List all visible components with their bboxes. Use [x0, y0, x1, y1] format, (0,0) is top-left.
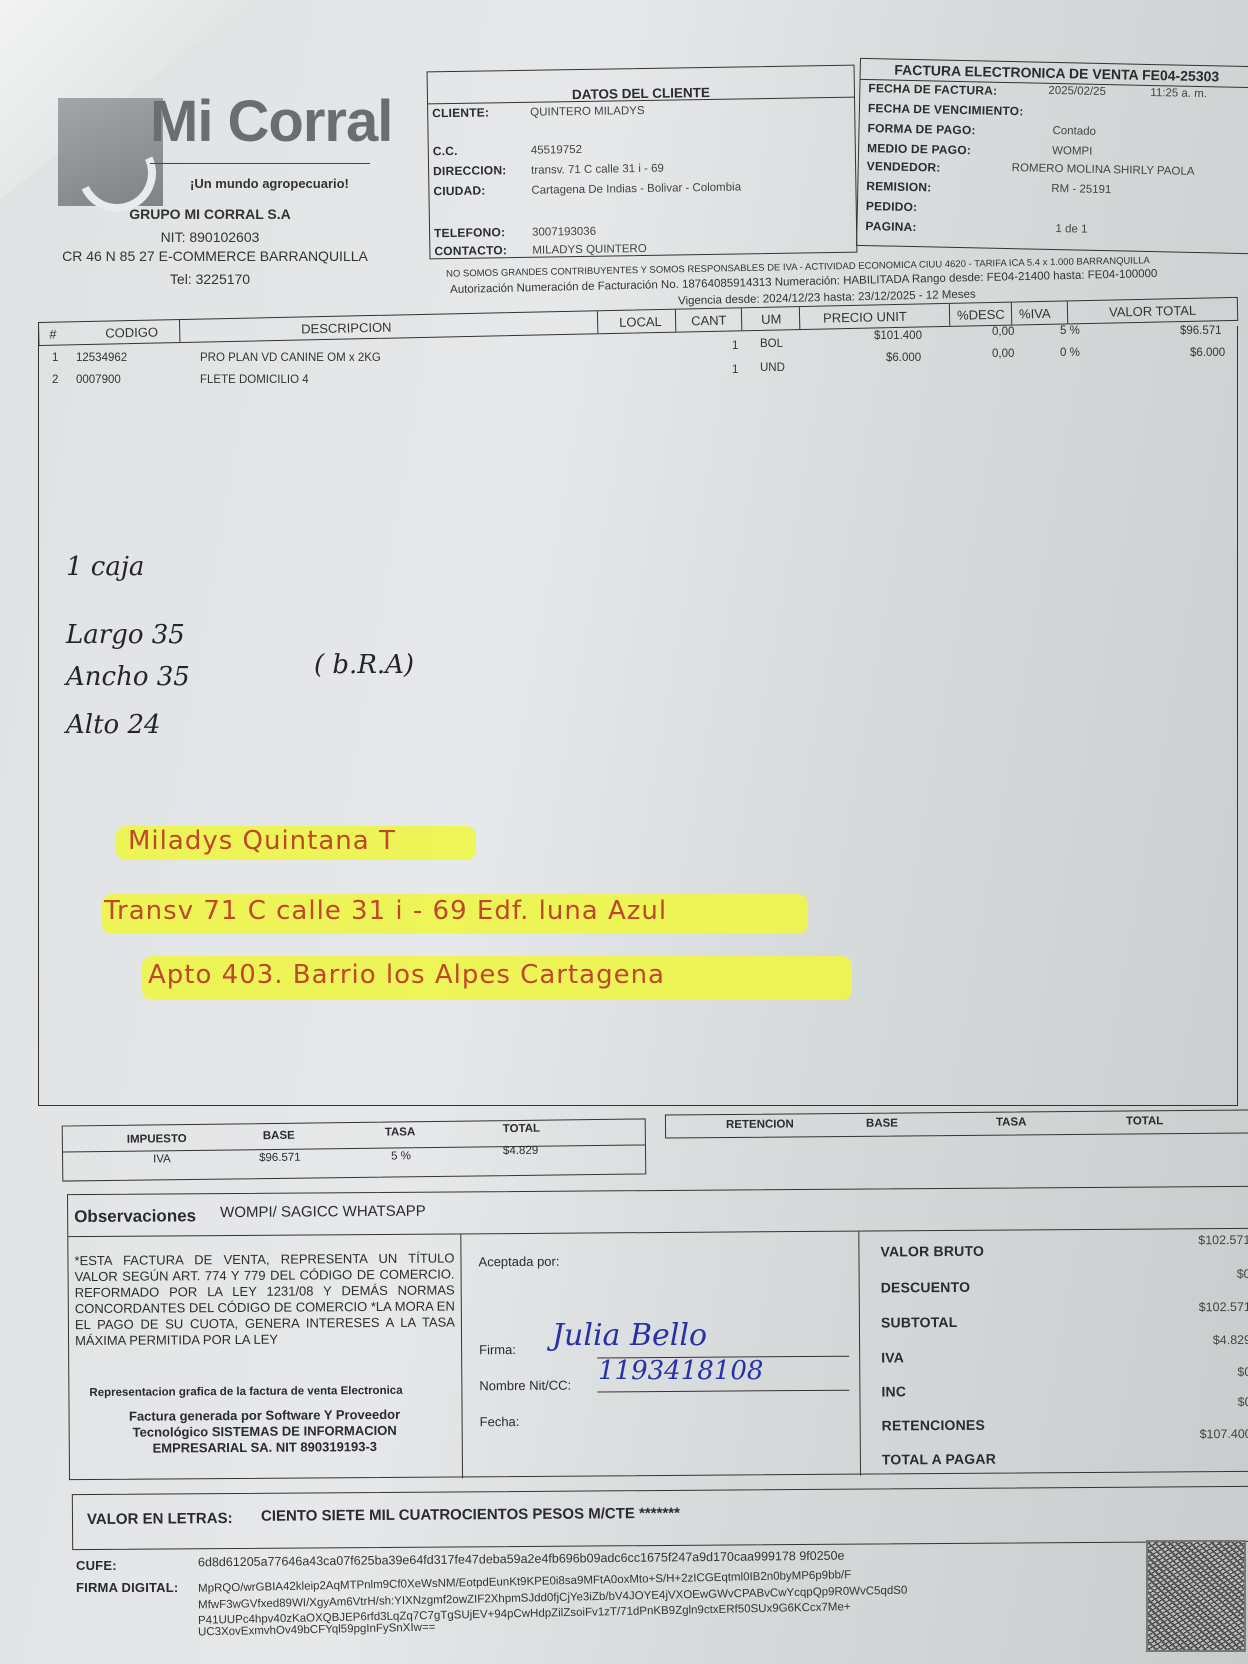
- client-section-title: DATOS DEL CLIENTE: [428, 66, 854, 105]
- company-nit: NIT: 890102603: [50, 229, 370, 245]
- handwritten-cbra: ( b.R.A): [314, 650, 414, 680]
- invoice-field-vencimiento: FECHA DE VENCIMIENTO:: [868, 101, 1024, 118]
- total-subtotal: SUBTOTAL$102.571: [881, 1312, 1248, 1333]
- total-a-pagar: TOTAL A PAGAR$107.400: [882, 1449, 1248, 1470]
- handwritten-ancho: Ancho 35: [66, 662, 190, 692]
- invoice-field-forma-pago: FORMA DE PAGO:Contado: [867, 121, 975, 137]
- company-logo-text: Mi Corral: [150, 88, 392, 155]
- col-separator: [675, 310, 676, 332]
- observations-label: Observaciones: [74, 1206, 196, 1227]
- accepted-by-label: Aceptada por:: [478, 1254, 559, 1270]
- column-separator: [460, 1234, 463, 1478]
- company-logo-icon: [58, 98, 163, 206]
- cufe-value: 6d8d61205a77646a43ca07f625ba39e64fd317fe…: [198, 1549, 845, 1570]
- company-tel: Tel: 3225170: [50, 271, 370, 287]
- name-id-label: Nombre Nit/CC:: [479, 1378, 571, 1394]
- invoice-field-pagina: PAGINA:1 de 1: [865, 219, 916, 234]
- col-header-descripcion: DESCRIPCION: [301, 320, 392, 337]
- col-header-precio: PRECIO UNIT: [823, 309, 907, 326]
- client-data-box: DATOS DEL CLIENTE CLIENTE:QUINTERO MILAD…: [427, 65, 858, 260]
- invoice-field-remision: REMISION:RM - 25191: [866, 179, 931, 194]
- column-separator: [858, 1232, 861, 1476]
- tax-table: IMPUESTO BASE TASA TOTAL IVA $96.571 5 %…: [62, 1118, 647, 1181]
- company-address: CR 46 N 85 27 E-COMMERCE BARRANQUILLA: [40, 248, 390, 264]
- signature-label: Firma:: [479, 1342, 516, 1357]
- observations-header: Observaciones WOMPI/ SAGICC WHATSAPP: [68, 1187, 1248, 1237]
- col-separator: [179, 320, 180, 342]
- company-name: GRUPO MI CORRAL S.A: [50, 206, 370, 222]
- handwritten-address-line-2: Apto 403. Barrio los Alpes Cartagena: [148, 960, 665, 990]
- client-field-contacto: CONTACTO:MILADYS QUINTERO: [434, 239, 647, 260]
- client-field-direccion: DIRECCION:transv. 71 C calle 31 i - 69: [433, 159, 664, 181]
- name-id-line: [597, 1390, 849, 1393]
- col-separator: [597, 311, 598, 333]
- invoice-info-box: FACTURA ELECTRONICA DE VENTA FE04-25303 …: [856, 58, 1248, 254]
- invoice-field-medio-pago: MEDIO DE PAGO:WOMPI: [867, 141, 971, 157]
- client-field-ciudad: CIUDAD:Cartagena De Indias - Bolivar - C…: [433, 177, 741, 200]
- col-separator: [799, 307, 800, 329]
- total-retenciones: RETENCIONES$0: [882, 1415, 1248, 1436]
- col-header-um: UM: [761, 311, 782, 326]
- electronic-representation-note: Representacion grafica de la factura de …: [89, 1385, 402, 1399]
- retention-table: RETENCION BASE TASA TOTAL: [665, 1109, 1248, 1138]
- amount-in-words-value: CIENTO SIETE MIL CUATROCIENTOS PESOS M/C…: [261, 1505, 680, 1525]
- amount-in-words-box: VALOR EN LETRAS: CIENTO SIETE MIL CUATRO…: [72, 1486, 1248, 1550]
- observations-value: WOMPI/ SAGICC WHATSAPP: [220, 1203, 426, 1221]
- client-field-cc: C.C.45519752: [433, 140, 582, 160]
- col-header-num: #: [49, 327, 57, 342]
- software-provider-note: Factura generada por Software Y Proveedo…: [90, 1407, 440, 1457]
- total-descuento: DESCUENTO$0: [881, 1277, 1248, 1298]
- invoice-field-pedido: PEDIDO:: [866, 199, 918, 214]
- total-inc: INC$0: [881, 1381, 1248, 1402]
- client-field-cliente: CLIENTE:QUINTERO MILADYS: [432, 101, 645, 122]
- col-header-iva: %IVA: [1019, 306, 1051, 322]
- invoice-field-vendedor: VENDEDOR:ROMERO MOLINA SHIRLY PAOLA: [867, 159, 941, 175]
- company-tagline: ¡Un mundo agropecuario!: [190, 176, 349, 191]
- col-header-codigo: CODIGO: [105, 324, 158, 340]
- col-header-total: VALOR TOTAL: [1109, 303, 1196, 320]
- col-header-desc: %DESC: [957, 307, 1005, 323]
- handwritten-signature: Julia Bello: [552, 1318, 707, 1353]
- col-separator: [1067, 301, 1068, 323]
- cufe-label: CUFE:: [76, 1558, 117, 1573]
- col-separator: [1011, 303, 1012, 325]
- handwritten-box-note: 1 caja: [66, 552, 144, 582]
- handwritten-alto: Alto 24: [66, 710, 161, 740]
- total-iva: IVA$4.829: [881, 1347, 1248, 1368]
- date-label: Fecha:: [480, 1414, 520, 1429]
- handwritten-address-line-1: Transv 71 C calle 31 i - 69 Edf. luna Az…: [104, 896, 667, 926]
- tax-table-header: IMPUESTO BASE TASA TOTAL: [63, 1119, 645, 1152]
- handwritten-recipient-name: Miladys Quintana T: [128, 826, 396, 856]
- amount-in-words-label: VALOR EN LETRAS:: [87, 1510, 233, 1528]
- total-valor-bruto: VALOR BRUTO$102.571: [880, 1241, 1248, 1262]
- col-separator: [741, 308, 742, 330]
- col-separator: [949, 304, 950, 326]
- legal-disclaimer: *ESTA FACTURA DE VENTA, REPRESENTA UN TÍ…: [74, 1250, 455, 1349]
- handwritten-largo: Largo 35: [66, 620, 185, 650]
- col-header-local: LOCAL: [619, 314, 662, 330]
- invoice-field-fecha: FECHA DE FACTURA:2025/02/2511:25 a. m.: [868, 81, 997, 98]
- qr-code-icon: [1146, 1540, 1246, 1652]
- handwritten-id-number: 1193418108: [598, 1356, 763, 1386]
- digital-signature-label: FIRMA DIGITAL:: [76, 1580, 178, 1595]
- col-header-cant: CANT: [691, 313, 727, 329]
- logo-rule: [150, 163, 370, 164]
